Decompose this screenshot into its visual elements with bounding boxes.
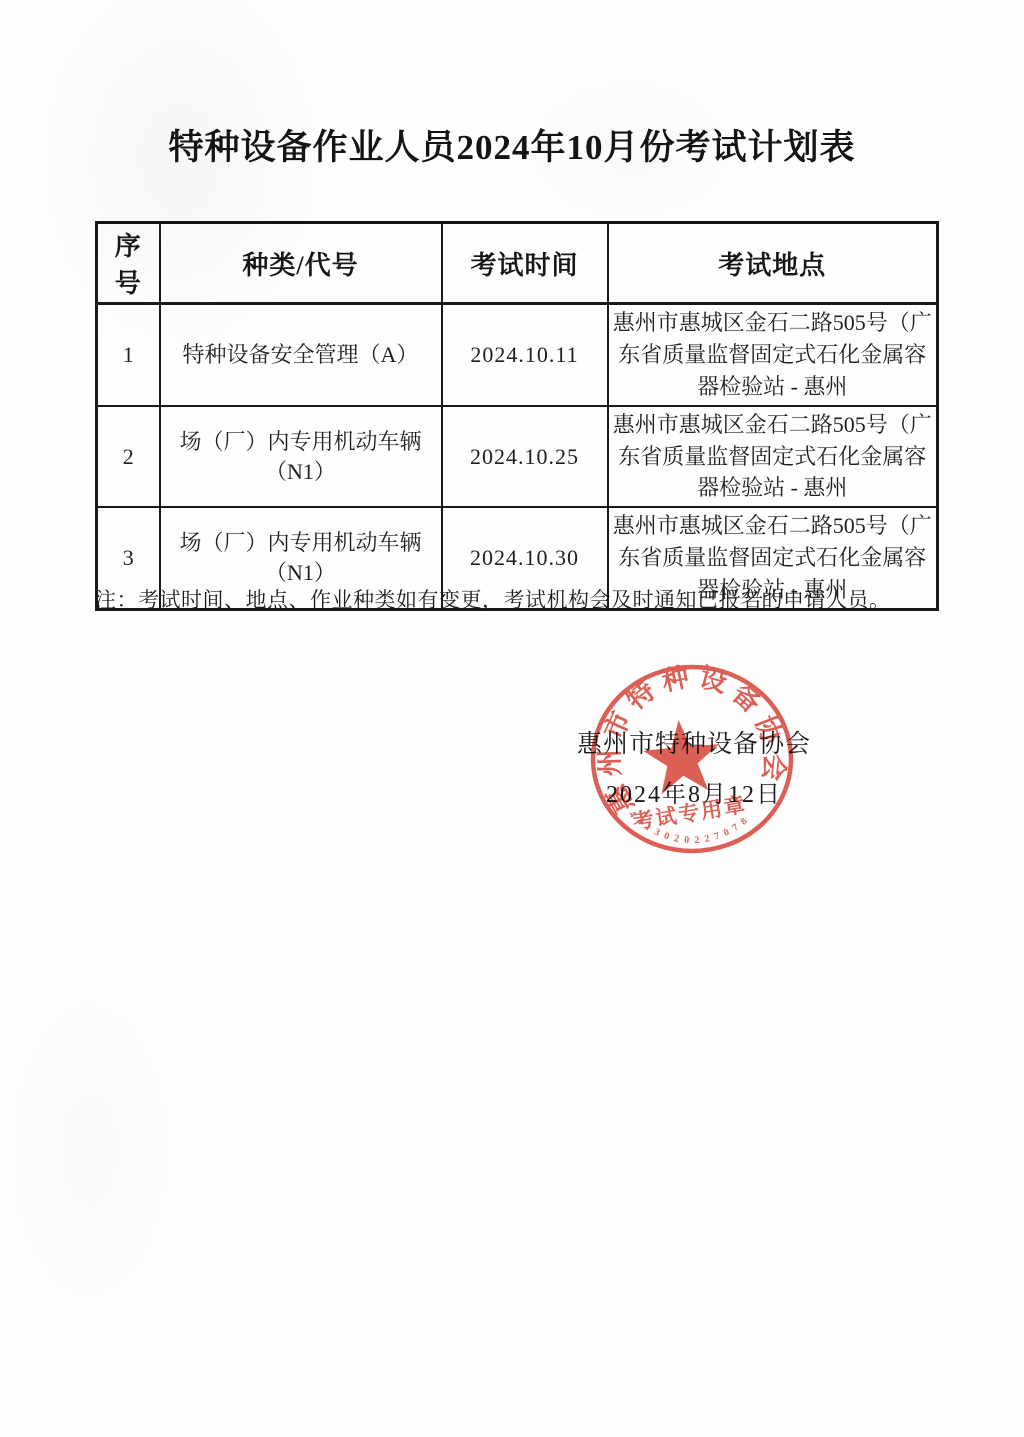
category-name: 场（厂）内专用机动车辆 [179,530,421,555]
category-name: 特种设备安全管理（A） [183,342,419,367]
row-exam-location: 惠州市惠城区金石二路505号（广东省质量监督固定式石化金属容器检验站 - 惠州 [608,304,938,406]
star-icon [641,717,723,796]
row-exam-date: 2024.10.11 [442,304,608,406]
page-title: 特种设备作业人员2024年10月份考试计划表 [0,120,1024,170]
col-header-index: 序号 [97,223,160,304]
col-header-category: 种类/代号 [160,223,442,304]
col-header-exam-location: 考试地点 [608,223,938,304]
row-category: 场（厂）内专用机动车辆 （N1） [160,406,442,508]
note-text: 注：考试时间、地点、作业种类如有变更，考试机构会及时通知已报名的申请人员。 [95,584,895,614]
row-exam-location: 惠州市惠城区金石二路505号（广东省质量监督固定式石化金属容器检验站 - 惠州 [608,406,938,508]
official-seal-stamp: 惠州市特种设备协会 考试专用章 4413020227078 [582,660,800,862]
row-index: 1 [97,304,160,406]
category-code: （N1） [165,457,437,487]
document-page: 特种设备作业人员2024年10月份考试计划表 序号 种类/代号 考试时间 考试地… [0,0,1024,1437]
category-name: 场（厂）内专用机动车辆 [179,429,421,454]
table-row: 2 场（厂）内专用机动车辆 （N1） 2024.10.25 惠州市惠城区金石二路… [97,406,938,508]
table-row: 1 特种设备安全管理（A） 2024.10.11 惠州市惠城区金石二路505号（… [97,304,938,406]
row-exam-date: 2024.10.25 [442,406,608,508]
col-header-exam-time: 考试时间 [442,223,608,304]
stamp-arc-text: 惠州市特种设备协会 [586,660,794,820]
row-index: 2 [97,406,160,508]
row-category: 特种设备安全管理（A） [160,304,442,406]
exam-schedule-table: 序号 种类/代号 考试时间 考试地点 1 特种设备安全管理（A） 2024.10… [95,221,939,611]
table-header-row: 序号 种类/代号 考试时间 考试地点 [97,223,938,304]
